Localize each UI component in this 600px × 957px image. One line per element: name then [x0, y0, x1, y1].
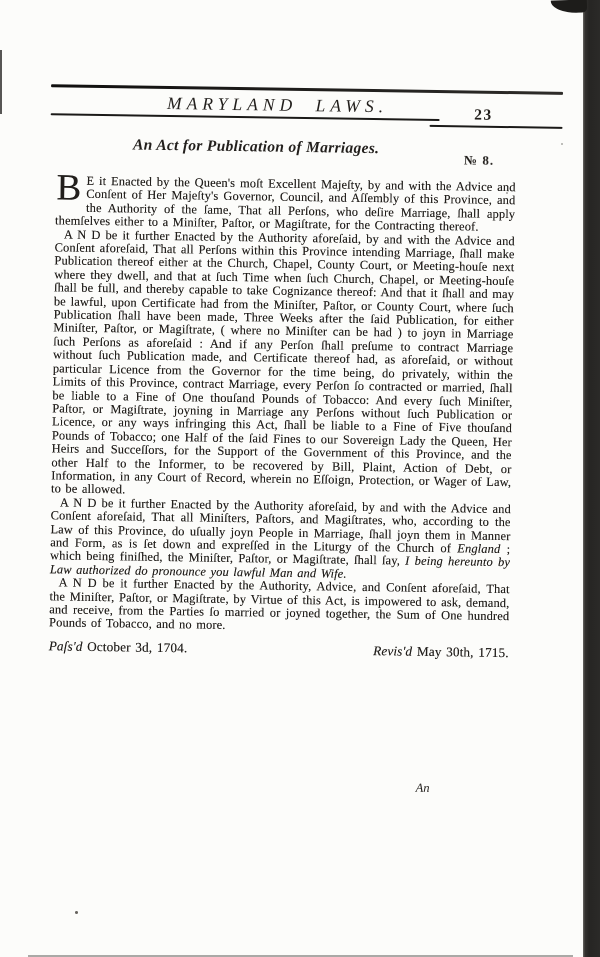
paragraph-3-text: A N D be it further Enacted by the Autho… — [50, 495, 511, 555]
paragraph-2: A N D be it further Enacted by the Autho… — [51, 228, 515, 503]
revised-label: Revis'd — [373, 643, 412, 659]
dropcap-initial: B — [55, 174, 86, 201]
passed-label: Paſs'd — [49, 638, 83, 653]
catchword: An — [416, 781, 430, 796]
dates-row: Paſs'd October 3d, 1704. Revis'd May 30t… — [49, 639, 509, 659]
scan-left-edge-artifact — [0, 50, 2, 114]
running-head: MARYLAND LAWS. 23 — [51, 84, 564, 130]
document-page: MARYLAND LAWS. 23 An Act for Publication… — [0, 0, 600, 957]
paragraph-1: BE it Enacted by the Queen's moſt Excell… — [55, 174, 516, 234]
paragraph-3: A N D be it further Enacted by the Autho… — [50, 496, 511, 583]
passed-value: October 3d, 1704. — [82, 639, 187, 656]
paragraph-4: A N D be it further Enacted by the Autho… — [49, 576, 510, 636]
act-body: BE it Enacted by the Queen's moſt Excell… — [49, 174, 516, 659]
paragraph-1-text: E it Enacted by the Queen's moſt Excelle… — [55, 174, 516, 234]
paragraph-3-england: England — [457, 541, 500, 556]
act-number-label: № 8. — [464, 152, 494, 168]
header-rule-bottom-right — [429, 124, 562, 128]
revised-date: Revis'd May 30th, 1715. — [373, 644, 509, 659]
passed-date: Paſs'd October 3d, 1704. — [49, 639, 188, 654]
page-content: MARYLAND LAWS. 23 An Act for Publication… — [0, 0, 600, 957]
act-title: An Act for Publication of Marriages. — [56, 135, 456, 159]
revised-value: May 30th, 1715. — [412, 644, 509, 660]
